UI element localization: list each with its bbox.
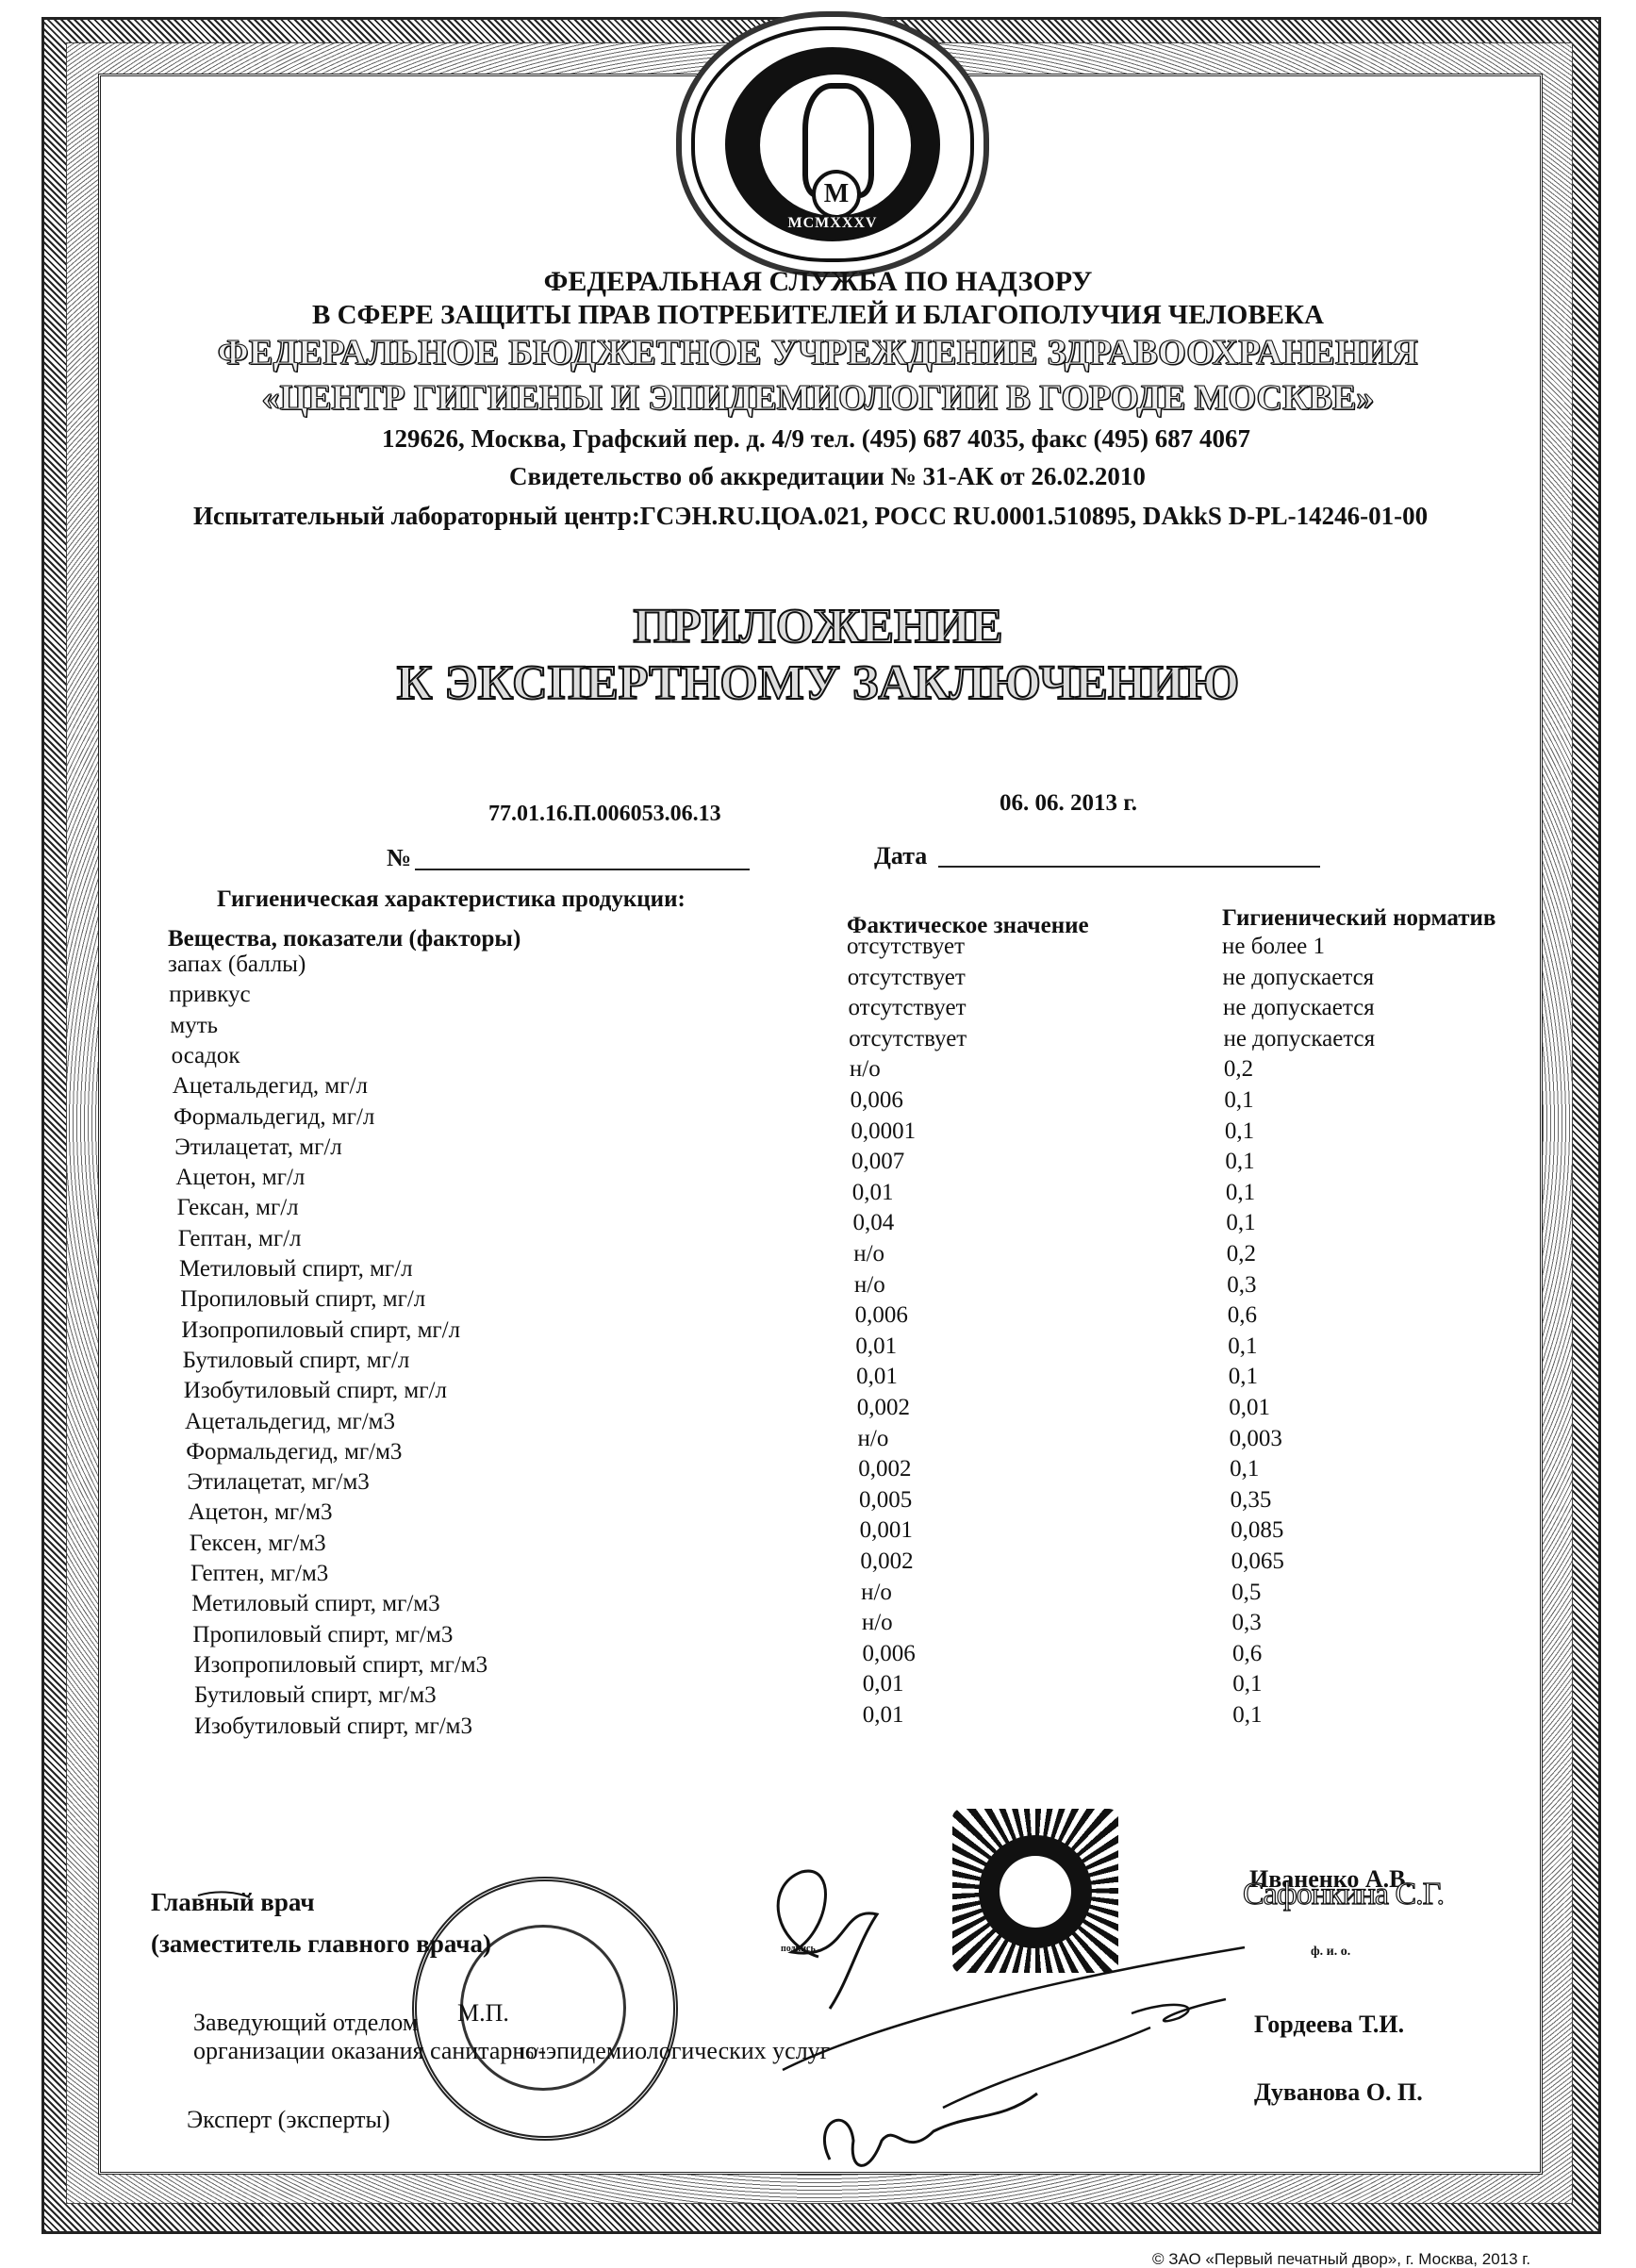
signature-strokes-icon [0, 0, 1636, 2268]
printer-copyright: © ЗАО «Первый печатный двор», г. Москва,… [1152, 2250, 1530, 2268]
